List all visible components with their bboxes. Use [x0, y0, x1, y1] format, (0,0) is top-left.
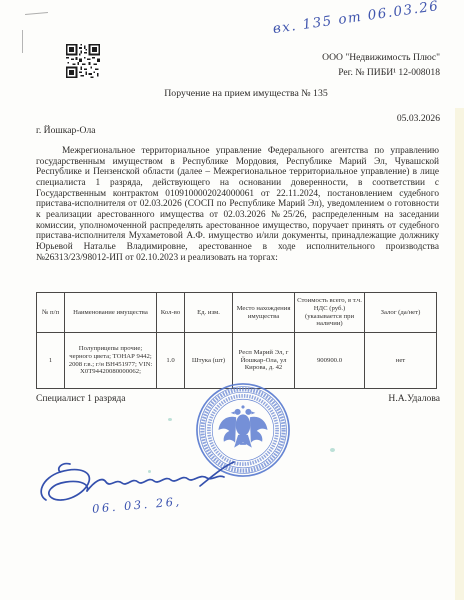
scanned-document-page: вх. 135 от 06.03.26 ООО "Недвижимость Пл… [0, 0, 464, 600]
document-title: Поручение на прием имущества № 135 [28, 88, 464, 99]
header-cell-location: Место нахождения имущества [233, 293, 295, 333]
scan-edge-artifact [455, 108, 464, 600]
qr-code-icon [66, 44, 100, 78]
scan-speckle [168, 418, 172, 421]
header-cell-number: № п/п [37, 293, 65, 333]
header-cell-unit: Ед. изм. [185, 293, 233, 333]
signer-position: Специалист 1 разряда [36, 393, 126, 404]
header-cell-quantity: Кол-во [157, 293, 185, 333]
company-name: ООО "Недвижимость Плюс" [322, 52, 440, 63]
scan-speckle [330, 448, 335, 452]
cell-quantity: 1.0 [157, 333, 185, 389]
document-body-paragraph: Межрегиональное территориальное управлен… [36, 146, 439, 263]
scan-line-artifact [25, 12, 48, 15]
registration-number: Рег. № ПИБИ¹ 12-008018 [338, 67, 440, 78]
property-table: № п/п Наименование имущества Кол-во Ед. … [36, 292, 437, 389]
cell-number: 1 [37, 333, 65, 389]
document-city: г. Йошкар-Ола [36, 125, 96, 136]
cell-pledge: нет [365, 333, 437, 389]
header-cell-cost: Стоимость всего, в т.ч. НДС (руб.) (указ… [295, 293, 365, 333]
signer-name: Н.А.Удалова [388, 393, 440, 404]
cell-name: Полуприцепы прочие; черного цвета; ТОНАР… [65, 333, 157, 389]
handwritten-incoming-number: вх. 135 от 06.03.26 [272, 0, 462, 37]
cell-cost: 900900.0 [295, 333, 365, 389]
header-cell-pledge: Залог (да/нет) [365, 293, 437, 333]
table-header-row: № п/п Наименование имущества Кол-во Ед. … [37, 293, 437, 333]
header-cell-name: Наименование имущества [65, 293, 157, 333]
scan-line-artifact [22, 30, 23, 53]
document-date: 05.03.2026 [397, 113, 440, 124]
